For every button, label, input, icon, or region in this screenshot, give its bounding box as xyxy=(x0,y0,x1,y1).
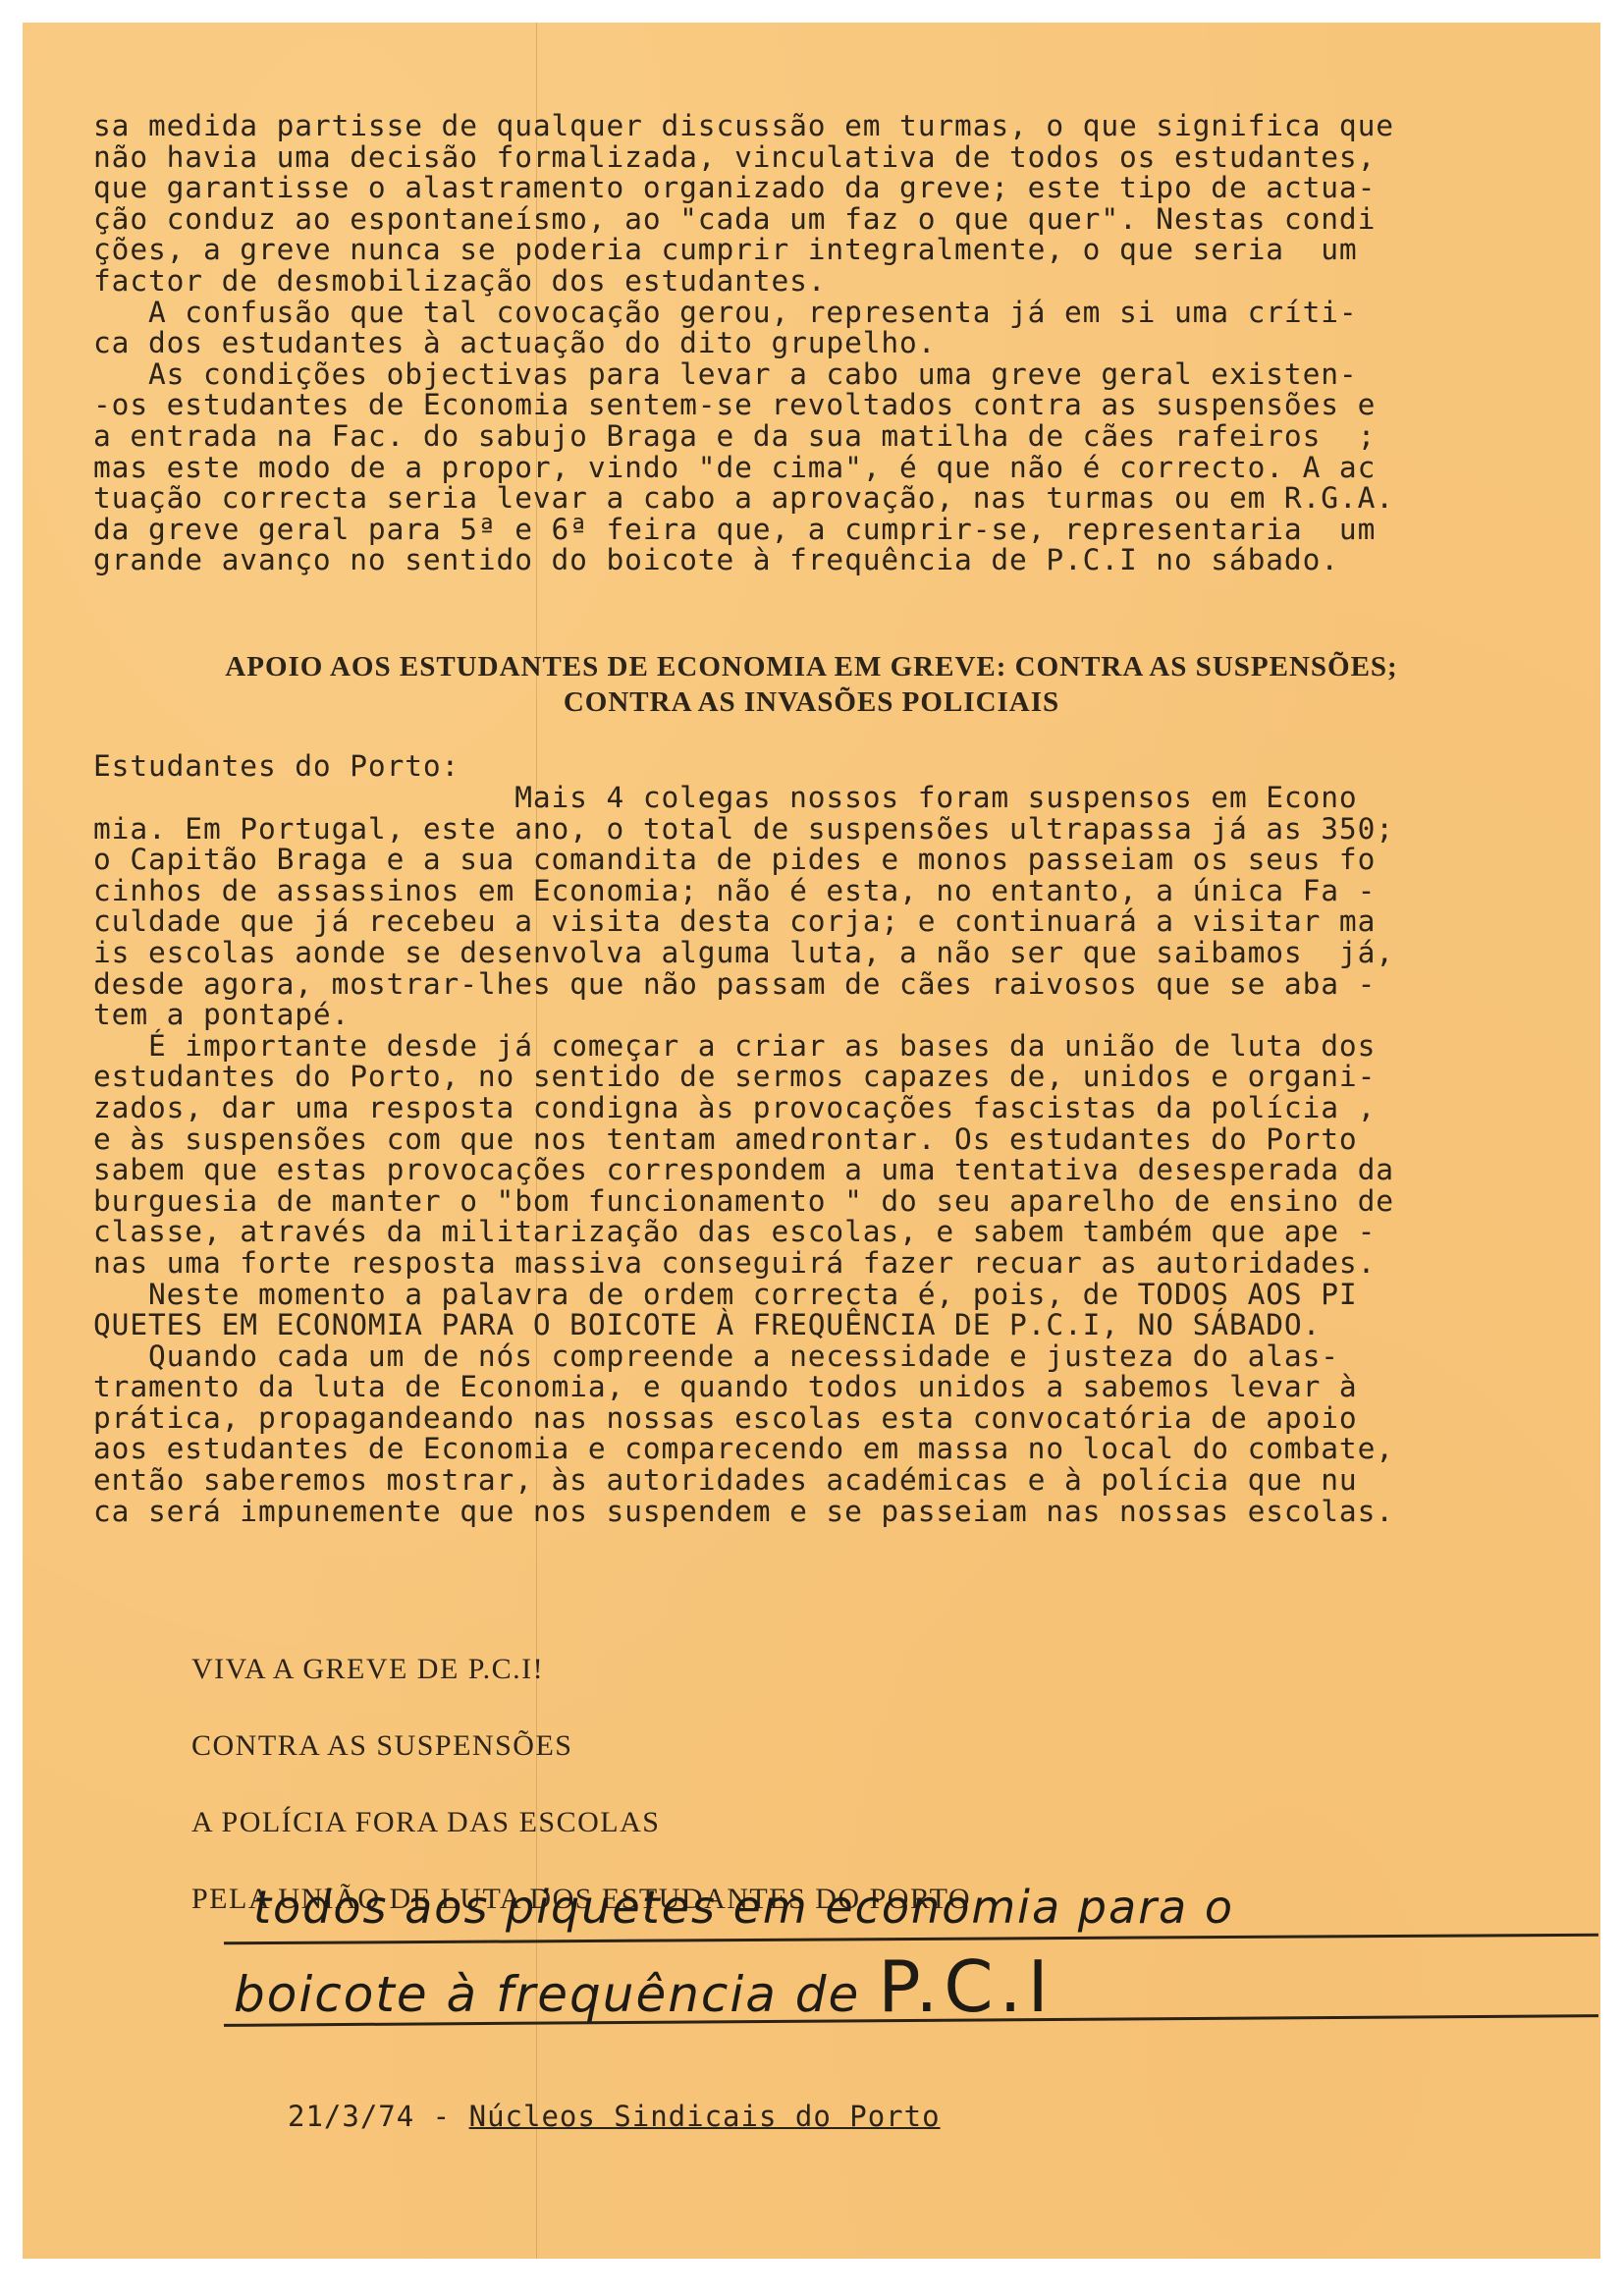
heading-line-2: CONTRA AS INVASÕES POLICIAIS xyxy=(23,684,1600,720)
slogan-contra-suspensoes: CONTRA AS SUSPENSÕES xyxy=(191,1729,572,1763)
salutation: Estudantes do Porto: xyxy=(93,749,460,783)
main-text-line: tramento da luta de Economia, e quando t… xyxy=(93,1372,1394,1403)
intro-text-line: tuação correcta seria levar a cabo a apr… xyxy=(93,483,1394,515)
main-text-line: is escolas aonde se desenvolva alguma lu… xyxy=(93,938,1394,969)
main-text-line: ca será impunemente que nos suspendem e … xyxy=(93,1497,1394,1528)
intro-text-line: As condições objectivas para levar a cab… xyxy=(93,359,1394,391)
main-text-line: zados, dar uma resposta condigna às prov… xyxy=(93,1093,1394,1124)
handwritten-line-2: boicote à frequência de P.C.I xyxy=(234,1945,1055,2028)
main-text-line: burguesia de manter o "bom funcionamento… xyxy=(93,1186,1394,1218)
signature-date: 21/3/74 - xyxy=(288,2100,469,2133)
intro-paragraphs: sa medida partisse de qualquer discussão… xyxy=(93,111,1394,576)
main-text-line: culdade que já recebeu a visita desta co… xyxy=(93,906,1394,938)
heading-line-1: APOIO AOS ESTUDANTES DE ECONOMIA EM GREV… xyxy=(23,649,1600,684)
intro-text-line: ções, a greve nunca se poderia cumprir i… xyxy=(93,235,1394,266)
main-text-line: então saberemos mostrar, às autoridades … xyxy=(93,1465,1394,1497)
main-text-line: desde agora, mostrar-lhes que não passam… xyxy=(93,969,1394,1001)
main-text-line: sabem que estas provocações correspondem… xyxy=(93,1155,1394,1186)
document-page: sa medida partisse de qualquer discussão… xyxy=(23,23,1600,2259)
intro-text-line: não havia uma decisão formalizada, vincu… xyxy=(93,142,1394,174)
main-text-line: cinhos de assassinos em Economia; não é … xyxy=(93,876,1394,907)
main-text-line: prática, propagandeando nas nossas escol… xyxy=(93,1403,1394,1435)
main-text-line: o Capitão Braga e a sua comandita de pid… xyxy=(93,845,1394,876)
signature-line: 21/3/74 - Núcleos Sindicais do Porto xyxy=(288,2100,941,2133)
signature-organization: Núcleos Sindicais do Porto xyxy=(469,2100,941,2133)
intro-text-line: mas este modo de a propor, vindo "de cim… xyxy=(93,453,1394,484)
main-text-line: estudantes do Porto, no sentido de sermo… xyxy=(93,1062,1394,1093)
main-paragraphs: Mais 4 colegas nossos foram suspensos em… xyxy=(93,783,1394,1527)
main-text-line: aos estudantes de Economia e comparecend… xyxy=(93,1434,1394,1465)
main-text-line: classe, através da militarização das esc… xyxy=(93,1217,1394,1248)
handwritten-line-1: todos aos piquetes em economia para o xyxy=(253,1881,1234,1934)
intro-text-line: ca dos estudantes à actuação do dito gru… xyxy=(93,328,1394,359)
main-text-line: nas uma forte resposta massiva conseguir… xyxy=(93,1248,1394,1280)
handwritten-line-2-text: boicote à frequência de xyxy=(234,1966,878,2023)
intro-text-line: da greve geral para 5ª e 6ª feira que, a… xyxy=(93,515,1394,546)
main-text-line: mia. Em Portugal, este ano, o total de s… xyxy=(93,814,1394,846)
intro-text-line: -os estudantes de Economia sentem-se rev… xyxy=(93,390,1394,421)
intro-text-line: grande avanço no sentido do boicote à fr… xyxy=(93,545,1394,576)
main-text-line: Mais 4 colegas nossos foram suspensos em… xyxy=(93,783,1394,814)
intro-text-line: a entrada na Fac. do sabujo Braga e da s… xyxy=(93,421,1394,453)
main-text-line: e às suspensões com que nos tentam amedr… xyxy=(93,1124,1394,1156)
intro-text-line: ção conduz ao espontaneísmo, ao "cada um… xyxy=(93,204,1394,236)
slogan-viva-greve: VIVA A GREVE DE P.C.I! xyxy=(191,1653,544,1686)
handwritten-underline-1 xyxy=(224,1934,1598,1945)
intro-text-line: factor de desmobilização dos estudantes. xyxy=(93,266,1394,298)
intro-text-line: que garantisse o alastramento organizado… xyxy=(93,173,1394,204)
handwritten-pci: P.C.I xyxy=(878,1945,1054,2028)
main-text-line: QUETES EM ECONOMIA PARA O BOICOTE À FREQ… xyxy=(93,1310,1394,1341)
main-text-line: Neste momento a palavra de ordem correct… xyxy=(93,1280,1394,1311)
main-text-line: Quando cada um de nós compreende a neces… xyxy=(93,1341,1394,1373)
main-text-line: tem a pontapé. xyxy=(93,1000,1394,1031)
main-text-line: É importante desde já começar a criar as… xyxy=(93,1031,1394,1063)
slogan-policia-fora: A POLÍCIA FORA DAS ESCOLAS xyxy=(191,1806,660,1839)
intro-text-line: sa medida partisse de qualquer discussão… xyxy=(93,111,1394,142)
intro-text-line: A confusão que tal covocação gerou, repr… xyxy=(93,298,1394,329)
